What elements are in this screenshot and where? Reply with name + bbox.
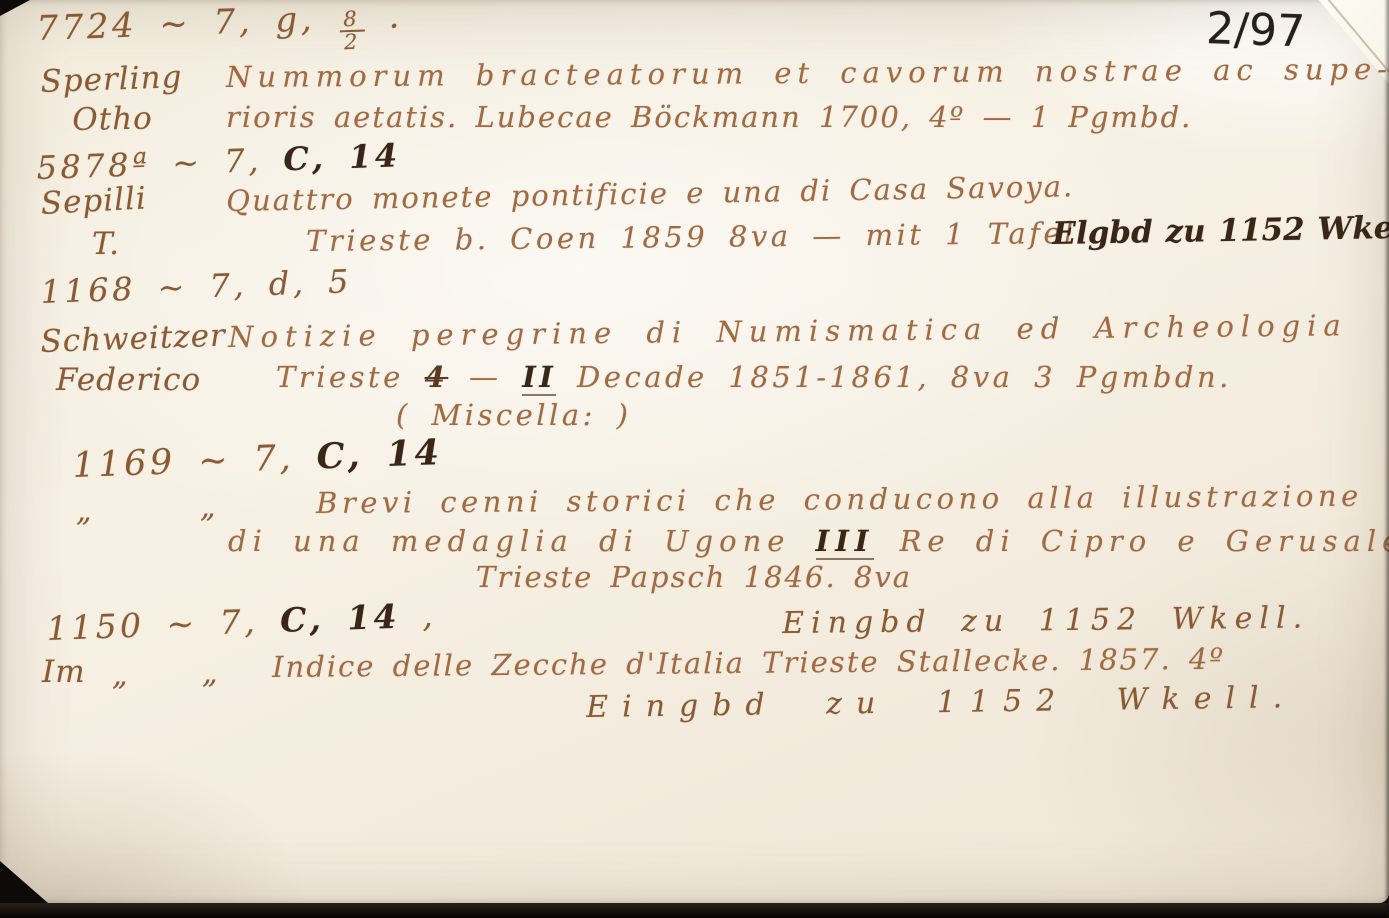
call-number-entry5: 1150 ~ 7, C, 14 ,: [46, 598, 437, 646]
paper-sheet: 2/97 7724 ~ 7, g, 8 2 . Sperling Otho Nu…: [0, 0, 1389, 903]
ditto-mark: „: [200, 492, 217, 524]
author-abbrev-entry5: Im: [42, 656, 86, 689]
author-forename-entry1: Otho: [72, 103, 153, 137]
call-number-entry4: 1169 ~ 7, C, 14: [72, 435, 443, 485]
call-prefix: 7724 ~ 7, g,: [36, 0, 316, 49]
imprint-rest: Decade 1851-1861, 8va 3 Pgmbdn.: [577, 360, 1232, 394]
title-line-entry5: Indice delle Zecche d'Italia Trieste Sta…: [272, 644, 1225, 683]
call-number-entry1: 7724 ~ 7, g, 8 2 .: [36, 0, 404, 62]
imprint-line-entry2: Trieste b. Coen 1859 8va — mit 1 Tafel: [306, 218, 1077, 257]
call-light: 5878ª ~ 7,: [36, 141, 263, 187]
ditto-mark: „: [76, 496, 93, 528]
author-forename-entry3: Federico: [56, 364, 201, 397]
author-surname-entry3: Schweitzer: [40, 320, 226, 359]
binding-note-entry2: Elgbd zu 1152 Wkell.: [1052, 211, 1389, 250]
call-suffix: ,: [421, 595, 436, 634]
call-number-entry3: 1168 ~ 7, d, 5: [40, 265, 352, 309]
imprint-place: Trieste: [276, 360, 404, 394]
call-dark: C, 14: [316, 432, 443, 477]
call-suffix: .: [388, 0, 404, 37]
imprint-line-entry3: Trieste 4 — II Decade 1851-1861, 8va 3 P…: [276, 362, 1232, 392]
title-line1-entry4: Brevi cenni storici che conducono alla i…: [316, 481, 1363, 519]
imprint-dash: —: [469, 360, 502, 394]
ditto-mark: „: [202, 658, 219, 690]
archive-mark: 2/97: [1205, 6, 1305, 56]
call-fraction: 8 2: [339, 9, 365, 52]
imprint-line-entry4: Trieste Papsch 1846. 8va: [476, 562, 912, 592]
author-surname-entry1: Sperling: [40, 61, 183, 98]
roman-numeral: III: [816, 524, 875, 560]
call-number-entry2: 5878ª ~ 7, C, 14: [36, 139, 401, 185]
title-line-entry2: Quattro monete pontificie e una di Casa …: [226, 171, 1074, 216]
author-initial-entry2: T.: [92, 228, 120, 261]
title-line-entry3: Notizie peregrine di Numismatica ed Arch…: [228, 310, 1348, 352]
miscella-note-entry3: ( Miscella: ): [396, 400, 631, 430]
fraction-numerator: 8: [343, 9, 361, 30]
title-post: Re di Cipro e Gerusaleme: [900, 524, 1389, 558]
imprint-line-entry1: rioris aetatis. Lubecae Böckmann 1700, 4…: [226, 102, 1192, 132]
binding-note2-entry5: Eingbd zu 1152 Wkell.: [586, 682, 1296, 723]
call-light: 1169 ~ 7,: [72, 438, 295, 486]
photo-edge-right: [1384, 0, 1389, 918]
title-line2-entry4: di una medaglia di Ugone III Re di Cipro…: [228, 526, 1389, 556]
fraction-denominator: 2: [340, 29, 366, 52]
call-dark: C, 14: [279, 597, 400, 640]
binding-note1-entry5: Eingbd zu 1152 Wkell.: [782, 602, 1309, 639]
author-surname-entry2: Sepilli: [40, 182, 148, 220]
decade-numeral: II: [522, 360, 556, 396]
photo-edge-bottom: [0, 903, 1389, 918]
ditto-mark: „: [112, 660, 129, 692]
photographed-catalog-card: 2/97 7724 ~ 7, g, 8 2 . Sperling Otho Nu…: [0, 0, 1389, 918]
struck-number: 4: [425, 360, 449, 394]
photo-corner-top-left: [0, 0, 30, 16]
title-line-entry1: Nummorum bracteatorum et cavorum nostrae…: [226, 54, 1389, 93]
call-light: 1150 ~ 7,: [46, 602, 259, 648]
photo-corner-bottom-left: [0, 861, 48, 903]
title-pre: di una medaglia di Ugone: [228, 524, 790, 558]
call-dark: C, 14: [283, 136, 401, 178]
